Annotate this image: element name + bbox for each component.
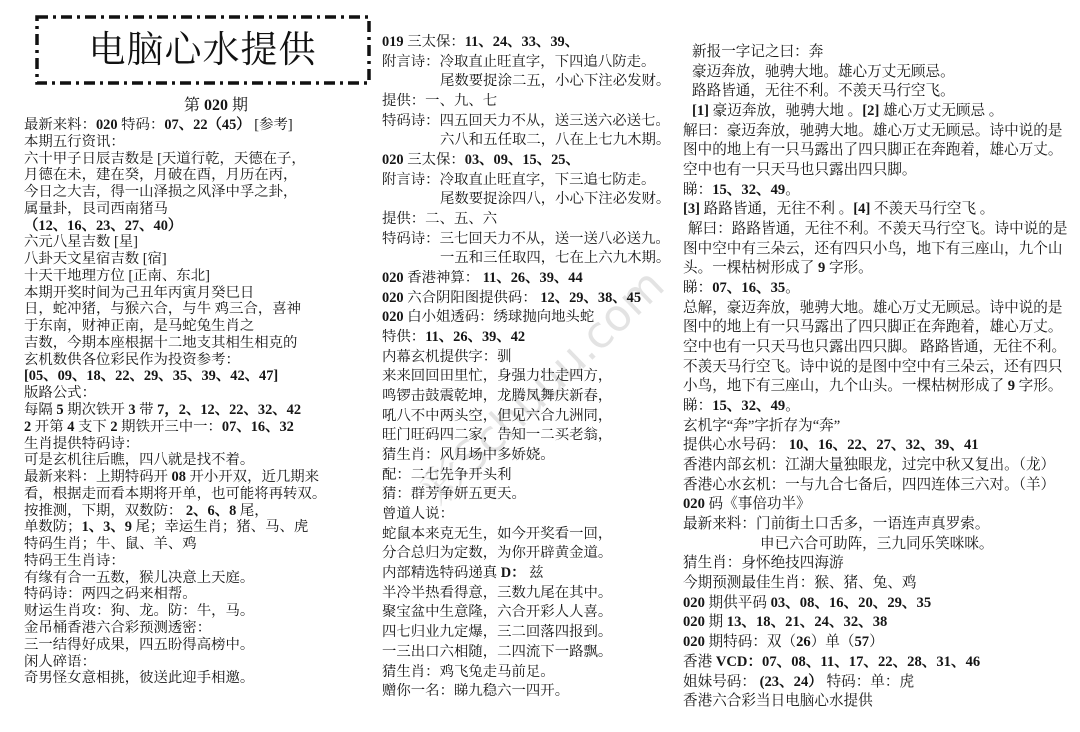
text-segment: 睇： [683, 280, 712, 296]
bold-number: 019 [382, 34, 404, 50]
bold-number: (23、24） [760, 674, 823, 690]
text-segment: 白小姐透码：绣球抛向地头蛇 [404, 309, 595, 325]
bold-marker: [4] [853, 201, 870, 217]
text-segment: 。 [785, 398, 800, 414]
text-line: 附言诗：冷取直止旺直字，下三追七防走。 [382, 171, 670, 191]
text-line: 猜：群芳争妍五更天。 [382, 485, 670, 505]
text-line: 图中的地上有一只马露出了四只脚正在奔跑着，雄心万丈。 [683, 141, 1067, 161]
text-line: 香港心水玄机：一与九合七备后，四四连体三六对。（羊） [683, 476, 1067, 496]
text-line: 一五和三任取四，七在上六九木期。 [382, 249, 670, 269]
text-line: 小鸟，地下有三座山，九个山头。一棵枯树形成了 9 字形。 [683, 377, 1067, 397]
text-segment: 睇： [683, 398, 712, 414]
text-segment: 六合阴阳图提供码： [404, 290, 541, 306]
text-segment: 期供平码 [705, 595, 771, 611]
bold-number: 07、16、35 [712, 280, 785, 296]
text-segment: 期次铁开 [64, 402, 129, 418]
text-segment: 提供心水号码： [683, 437, 789, 453]
text-line: 月德在未，建在癸，月破在酉，月历在丙， [24, 167, 326, 184]
text-segment: 特供： [382, 329, 425, 345]
text-line: 图中空中有三朵云，还有四只小鸟，地下有三座山，九个山 [683, 240, 1067, 260]
formula-line: 每隔 5 期次铁开 3 带 7，2、12、22、32、42 [24, 402, 326, 419]
text-segment: 码《事倍功半》 [705, 496, 811, 512]
bold-number: 03、09、15、25、 [465, 152, 580, 168]
text-line: 内幕玄机提供字：驯 [382, 348, 670, 368]
text-segment: 睇： [683, 182, 712, 198]
text-line: 来来回回田里忙，身强力壮走四方， [382, 367, 670, 387]
text-segment: ） [869, 634, 884, 650]
bold-number: 020 [382, 270, 404, 286]
text-line: 有缘有合一五数，猴儿决意上天庭。 [24, 570, 326, 587]
text-segment: 支下 [74, 419, 110, 435]
text-line: 八卦天文星宿吉数 [宿] [24, 251, 326, 268]
section-heading: 新报一字记之曰：奔 [683, 43, 1067, 63]
text-line: 六八和五任取二，八在上七九木期。 [382, 131, 670, 151]
text-segment: 尾， [236, 503, 268, 519]
text-segment: 香港 [683, 654, 716, 670]
text-line: 特码诗：两四之码来相帮。 [24, 586, 326, 603]
left-column: 最新来料：020 特码：07、22（45） [参考] 本期五行资讯： 六十甲子日… [24, 117, 326, 687]
issue-value: 020 [204, 97, 228, 114]
text-line: 解曰：豪迈奔放，驰骋大地。雄心万丈无顾忌。诗中说的是 [683, 122, 1067, 142]
text-line: 头。一棵枯树形成了 9 字形。 [683, 259, 1067, 279]
bold-number: 07、16、32 [222, 419, 294, 435]
text-segment: 头。一棵枯树形成了 [683, 260, 818, 276]
text-line: 提供：二、五、六 [382, 210, 670, 230]
text-line: 今期预测最佳生肖：猴、猪、兔、鸡 [683, 574, 1067, 594]
special-offer-line: 特供：11、26、39、42 [382, 328, 670, 348]
text-line: 路路皆通，无往不利。不羡天马行空飞。 [683, 82, 1067, 102]
text-line: 吉数，今期本座根据十二地支其相生相克的 [24, 335, 326, 352]
bold-number: VCD：07、08、11、17、22、28、31、46 [716, 654, 980, 670]
issue-number: 第 020 期 [184, 96, 248, 116]
bold-number: 11、24、33、39、 [465, 34, 579, 50]
bold-number: 020 [683, 496, 705, 512]
text-line: [3] 路路皆通，无往不利 。[4] 不羡天马行空飞 。 [683, 200, 1067, 220]
santaibao-020-line: 020 三太保：03、09、15、25、 [382, 151, 670, 171]
text-line: 六元八星吉数 [星] [24, 234, 326, 251]
text-line: 四七归业九定爆，三二回落四报到。 [382, 623, 670, 643]
bold-number: 12、29、38、45 [540, 290, 641, 306]
text-line: 聚宝盆中生意隆，六合开彩人人喜。 [382, 603, 670, 623]
bold-number: 020 [382, 290, 404, 306]
text-segment: [参考] [251, 117, 293, 133]
text-line: 可是玄机往后瞧，四八就是找不着。 [24, 452, 326, 469]
section-heading: 特码王生肖诗： [24, 553, 326, 570]
bold-number: 020 [382, 152, 404, 168]
pick-numbers-line: 睇：07、16、35。 [683, 279, 1067, 299]
text-segment: 期铁开三中一： [118, 419, 222, 435]
text-line: 分合总归为定数，为你开辟黄金道。 [382, 544, 670, 564]
section-heading: 闲人碎语： [24, 654, 326, 671]
bold-number: 03、08、16、20、29、35 [771, 595, 932, 611]
number-list: （12、16、23、27、40） [24, 218, 326, 235]
text-line: 十天干地理方位 [正南、东北] [24, 268, 326, 285]
text-segment: 尾；幸运生肖；猪、马、虎 [132, 519, 308, 535]
text-line: 不羡天马行空飞。诗中说的是图中空中有三朵云，还有四只 [683, 358, 1067, 378]
text-line: 最新来料：门前街土口舌多，一语连声真罗索。 [683, 515, 1067, 535]
number-list: [05、09、18、22、29、35、39、42、47] [24, 368, 326, 385]
sister-numbers-line: 姐妹号码： (23、24） 特码：单：虎 [683, 673, 1067, 693]
text-line: 提供：一、九、七 [382, 92, 670, 112]
text-line: 内部精选特码递真 D： 兹 [382, 564, 670, 584]
text-line: 鸣锣击鼓震乾坤，龙腾凤舞庆新春， [382, 387, 670, 407]
santaibao-019-line: 019 三太保：11、24、33、39、 [382, 33, 670, 53]
text-line: 六十甲子日辰吉数是 [天道行乾，天德在子， [24, 151, 326, 168]
issue-numbers-line: 020 期 13、18、21、24、32、38 [683, 613, 1067, 633]
bold-marker: [1] [692, 103, 709, 119]
text-line: 于东南，财神正南，是马蛇兔生肖之 [24, 318, 326, 335]
text-line: 尾数要捉涂二五，小心下注必发财。 [382, 72, 670, 92]
text-segment: 最新来料： [24, 117, 96, 133]
bold-number: 57 [855, 634, 870, 650]
section-heading: 本期五行资讯： [24, 134, 326, 151]
text-line: 玄机字“奔”字折存为“奔” [683, 417, 1067, 437]
section-heading: 版路公式： [24, 385, 326, 402]
bold-number: 1、3、9 [82, 519, 132, 535]
tip-numbers-line: 提供心水号码： 10、16、22、27、32、39、41 [683, 436, 1067, 456]
text-segment: 开小开双，近几期来 [186, 469, 319, 485]
bold-number: 08 [172, 469, 186, 485]
text-segment: 特码： [118, 117, 165, 133]
bold-number: 26 [796, 634, 811, 650]
bold-number: 10、16、22、27、32、39、41 [789, 437, 979, 453]
yinyang-code-line: 020 六合阴阳图提供码： 12、29、38、45 [382, 289, 670, 309]
text-segment: 。 [785, 280, 800, 296]
text-segment: 姐妹号码： [683, 674, 760, 690]
text-line: 赠你一名：睇九稳六一四开。 [382, 682, 670, 702]
bold-number: 15、32、49 [712, 182, 785, 198]
bold-number: 11、26、39、42 [425, 329, 525, 345]
text-line: 今日之大吉，得一山泽损之风泽中孚之卦， [24, 184, 326, 201]
text-line: 图中的地上有一只马露出了四只脚正在奔跑着，雄心万丈。 [683, 318, 1067, 338]
text-line: 看，根据走而看本期将开单，也可能将再转双。 [24, 486, 326, 503]
bold-number: 2、6、8 [186, 503, 236, 519]
text-line: 特码诗：四五回天力不从，送三送六必送七。 [382, 112, 670, 132]
bold-number: 7，2、12、22、32、42 [157, 402, 301, 418]
text-segment: 三太保： [404, 34, 465, 50]
text-segment: 期 [705, 614, 727, 630]
text-line: 空中也有一只天马也只露出四只脚。 路路皆通，无往不利。 [683, 338, 1067, 358]
bold-number: 15、32、49 [712, 398, 785, 414]
bold-number: 2 [110, 419, 117, 435]
text-segment: 字形。 [1015, 378, 1062, 394]
text-segment: 兹 [526, 565, 544, 581]
bold-number: 020 [96, 117, 118, 133]
text-line: 总解，豪迈奔放，驰骋大地。雄心万丈无顾忌。诗中说的是 [683, 299, 1067, 319]
text-segment: 带 [136, 402, 158, 418]
text-line: 特码生肖；牛、鼠、羊、鸡 [24, 536, 326, 553]
text-line: 申已六合可助阵，三九同乐笑咪咪。 [683, 535, 1067, 555]
text-line: 半冷半热看得意，三数九尾在其中。 [382, 584, 670, 604]
text-line: 豪迈奔放，驰骋大地。雄心万丈无顾忌。 [683, 63, 1067, 83]
formula-line: 2 开第 4 支下 2 期铁开三中一：07、16、32 [24, 419, 326, 436]
hk-calculation-line: 020 香港神算： 11、26、39、44 [382, 269, 670, 289]
latest-info-line: 最新来料：020 特码：07、22（45） [参考] [24, 117, 326, 134]
text-segment: 雄心万丈无顾忌 。 [879, 103, 1003, 119]
text-line: 空中也有一只天马也只露出四只脚。 [683, 161, 1067, 181]
text-segment: 特码：单：虎 [823, 674, 914, 690]
issue-suffix: 期 [228, 97, 248, 114]
text-line: 单数防；1、3、9 尾；幸运生肖；猪、马、虎 [24, 519, 326, 536]
section-heading: 020 码《事倍功半》 [683, 495, 1067, 515]
text-line: 日，蛇冲猪，与猴六合，与牛 鸡三合，喜神 [24, 301, 326, 318]
text-line: 猜生肖：鸡飞兔走马前足。 [382, 663, 670, 683]
bold-marker: [3] [683, 201, 700, 217]
text-segment: 香港神算： [404, 270, 483, 286]
footer-credit: 香港六合彩当日电脑心水提供 [683, 692, 1067, 712]
bold-letter: D： [501, 565, 526, 581]
section-heading: 金吊桶香港六合彩预测透密： [24, 620, 326, 637]
text-line: 猜生肖：身怀绝技四海游 [683, 554, 1067, 574]
bold-number: 13、18、21、24、32、38 [727, 614, 888, 630]
text-line: 尾数要捉涂四八，小心下注必发财。 [382, 190, 670, 210]
text-line: 020 白小姐透码：绣球抛向地头蛇 [382, 308, 670, 328]
text-segment: 字形。 [825, 260, 872, 276]
text-line: 解曰：路路皆通，无往不利。不羡天马行空飞。诗中说的是 [683, 220, 1067, 240]
bold-number: 020 [683, 614, 705, 630]
section-heading: 曾道人说： [382, 505, 670, 525]
text-line: 三一结得好成果，四五盼得高榜中。 [24, 637, 326, 654]
bold-number: 11、26、39、44 [483, 270, 583, 286]
text-segment: 路路皆通，无往不利 。 [700, 201, 853, 217]
bold-number: 020 [382, 309, 404, 325]
text-line: 蛇鼠本来克无生，如今开奖看一回， [382, 525, 670, 545]
text-line: 吼八不中两头空，但见六合九洲同， [382, 407, 670, 427]
bold-marker: [2] [862, 103, 879, 119]
bold-number: 3 [128, 402, 135, 418]
text-segment: 开第 [31, 419, 67, 435]
text-line: 奇男怪女意相挑，彼送此迎手相邀。 [24, 670, 326, 687]
text-line: 猜生肖：风月场中多娇娆。 [382, 446, 670, 466]
bold-number: 020 [683, 595, 705, 611]
right-column: 新报一字记之曰：奔 豪迈奔放，驰骋大地。雄心万丈无顾忌。 路路皆通，无往不利。不… [683, 43, 1067, 712]
text-segment: ）单（ [811, 634, 855, 650]
text-line: 财运生肖攻：狗、龙。防：牛，马。 [24, 603, 326, 620]
bold-number: 5 [56, 402, 63, 418]
text-segment: 三太保： [404, 152, 465, 168]
pick-numbers-line: 睇：15、32、49。 [683, 397, 1067, 417]
bold-number: 07、22（45） [164, 117, 250, 133]
text-line: 香港内部玄机：江湖大量独眼龙，过完中秋又复出。（龙） [683, 456, 1067, 476]
text-segment: 最新来料：上期特码开 [24, 469, 172, 485]
special-code-line: 020 期特码：双（26）单（57） [683, 633, 1067, 653]
text-line: 一三出口六相随，二四流下一路飘。 [382, 643, 670, 663]
middle-column: 019 三太保：11、24、33、39、 附言诗：冷取直止旺直字，下四追八防走。… [382, 33, 670, 702]
text-line: 本期开奖时间为己丑年丙寅月癸巳日 [24, 285, 326, 302]
text-line: 旺门旺码四二家，告知一二买老翁， [382, 426, 670, 446]
text-line: 附言诗：冷取直止旺直字，下四追八防走。 [382, 53, 670, 73]
text-segment: 小鸟，地下有三座山，九个山头。一棵枯树形成了 [683, 378, 1008, 394]
text-line: 玄机数供各位彩民作为投资参考： [24, 352, 326, 369]
section-heading: 生肖提供特码诗： [24, 436, 326, 453]
text-segment: 内部精选特码递真 [382, 565, 501, 581]
bold-number: 9 [1008, 378, 1015, 394]
page-title: 电脑心水提供 [37, 17, 368, 83]
text-segment: 单数防； [24, 519, 82, 535]
text-line: 按推测，下期，双数防： 2、6、8 尾， [24, 503, 326, 520]
text-line: 最新来料：上期特码开 08 开小开双，近几期来 [24, 469, 326, 486]
text-segment: 豪迈奔放，驰骋大地 。 [709, 103, 862, 119]
text-segment: 按推测，下期，双数防： [24, 503, 186, 519]
vcd-numbers-line: 香港 VCD：07、08、11、17、22、28、31、46 [683, 653, 1067, 673]
pick-numbers-line: 睇：15、32、49。 [683, 181, 1067, 201]
issue-prefix: 第 [184, 97, 204, 114]
flat-code-line: 020 期供平码 03、08、16、20、29、35 [683, 594, 1067, 614]
text-line: 属量卦，艮司西南猪马 [24, 201, 326, 218]
text-line: 特码诗：三七回天力不从，送一送八必送九。 [382, 230, 670, 250]
text-line: 配：二七先争开头利 [382, 466, 670, 486]
bold-number: 020 [683, 634, 705, 650]
text-segment: 。 [785, 182, 800, 198]
text-line: [1] 豪迈奔放，驰骋大地 。[2] 雄心万丈无顾忌 。 [683, 102, 1067, 122]
text-segment: 期特码：双（ [705, 634, 796, 650]
text-segment: 每隔 [24, 402, 56, 418]
text-segment: 不羡天马行空飞 。 [870, 201, 994, 217]
